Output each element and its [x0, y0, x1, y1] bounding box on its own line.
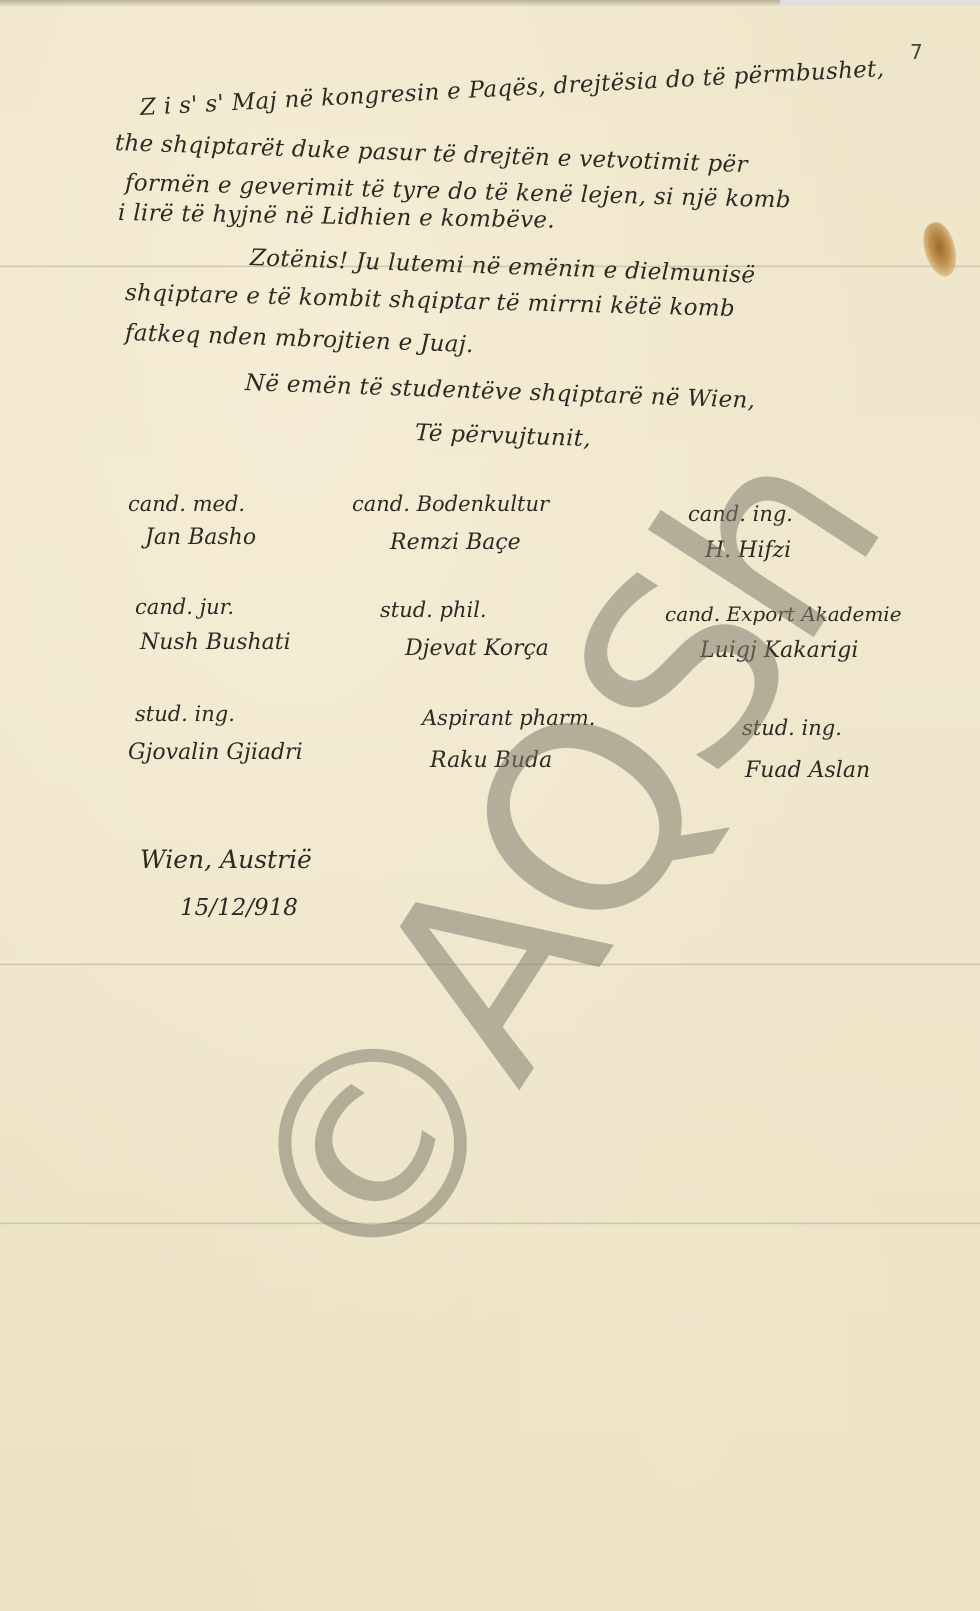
signature-name-3: H. Hifzi [705, 538, 791, 563]
fold-line-3 [0, 1222, 980, 1225]
paragraph-line-2: the shqiptarët duke pasur të drejtën e v… [115, 130, 749, 178]
signature-title-7: stud. ing. [135, 702, 235, 726]
signature-name-5: Djevat Korça [405, 636, 549, 661]
signature-name-4: Nush Bushati [140, 630, 291, 655]
signature-name-1: Jan Basho [145, 525, 256, 550]
signature-title-9: stud. ing. [742, 716, 842, 740]
signature-title-4: cand. jur. [135, 595, 234, 619]
signature-title-6: cand. Export Akademie [665, 602, 902, 626]
date-line: 15/12/918 [180, 895, 298, 921]
document-page: 7 Z i s' s' Maj në kongresin e Paqës, dr… [0, 0, 980, 1611]
ink-stain [918, 219, 961, 280]
place-line: Wien, Austrië [140, 845, 312, 874]
signature-title-2: cand. Bodenkultur [352, 492, 549, 516]
signature-title-1: cand. med. [128, 492, 245, 516]
signature-name-8: Raku Buda [430, 748, 552, 773]
paragraph-line-7: fatkeq nden mbrojtien e Juaj. [125, 320, 475, 358]
page-number: 7 [910, 40, 923, 64]
signature-name-9: Fuad Aslan [745, 758, 870, 783]
paragraph-line-6: shqiptare e të kombit shqiptar të mirrni… [125, 280, 736, 322]
paragraph-line-5: Zotënis! Ju lutemi në emënin e dielmunis… [250, 245, 756, 289]
signature-name-7: Gjovalin Gjiadri [128, 740, 303, 765]
fold-line-2 [0, 963, 980, 966]
paragraph-line-1: Z i s' s' Maj në kongresin e Paqës, drej… [139, 56, 885, 121]
signature-name-6: Luigj Kakarigi [700, 638, 858, 663]
valediction: Të përvujtunit, [415, 420, 592, 452]
signature-title-8: Aspirant pharm. [422, 706, 595, 730]
closing-line: Në emën të studentëve shqiptarë në Wien, [245, 370, 756, 414]
paper-top-edge-right [780, 0, 980, 6]
signature-title-3: cand. ing. [688, 502, 793, 526]
signature-name-2: Remzi Baçe [390, 530, 521, 555]
signature-title-5: stud. phil. [380, 598, 487, 622]
